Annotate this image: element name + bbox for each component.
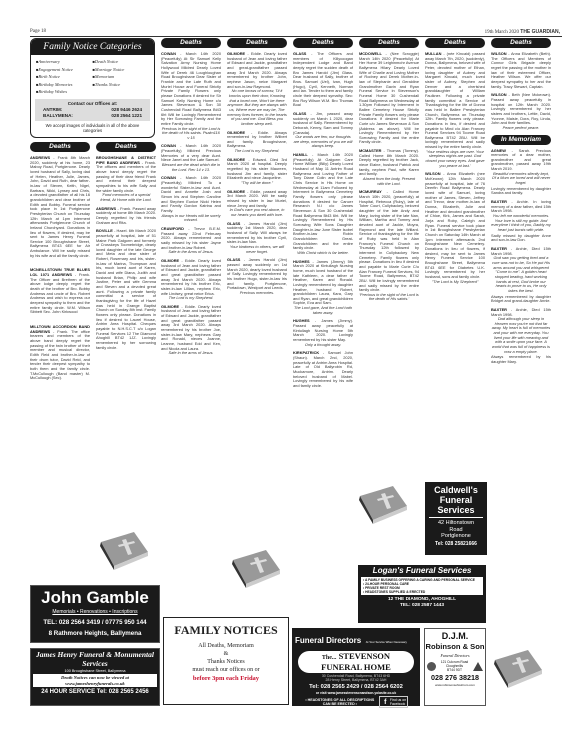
facebook-badge[interactable]: fFind us onFacebook: [379, 696, 408, 708]
stevenson-funeral-home: FUNERAL HOME: [298, 663, 414, 672]
djm-robinson-ad: D.J.M. Robinson & Son Funeral Directors …: [424, 628, 486, 706]
notice: MCMASTER - Thomas (Tommy). Called Home 8…: [359, 149, 419, 186]
gamble-tel: TEL: 028 2564 3419 / 07775 950 144: [31, 617, 159, 628]
djm-tel: 028 276 38218: [425, 673, 485, 683]
notice: BROUGHSHANE & DISTRICT PIPE BAND ANDREWS…: [96, 156, 156, 203]
category-thanks: Thanks Notice: [93, 81, 150, 89]
notice: GILMORE - Eddie, passed away 3rd March 2…: [227, 190, 287, 218]
association-logo-icon: [473, 662, 483, 671]
logans-ad: Logan's Funeral Services • A FAMILY BUSI…: [358, 565, 486, 623]
stevenson-headstones: • HEADSTONES OF ALL DESCRIPTIONS CAN BE …: [304, 698, 376, 707]
deaths-heading: Deaths: [161, 38, 221, 48]
memoriam-notice: BAXTER - Archie. In loving memory of a d…: [491, 200, 551, 243]
logan-services: • A FAMILY BUSINESS OFFERING A CARING AN…: [361, 577, 483, 595]
notice: WILSON - Anna Elizabeth (nee McKeown) 12…: [425, 172, 485, 284]
deaths-heading: Deaths: [30, 142, 90, 152]
djm-name2: Robinson & Son: [425, 642, 485, 652]
fn-deadline: before 3pm each Friday: [164, 674, 288, 683]
column-8: Deaths WILSON - Anna Elizabeth (Beth). T…: [491, 38, 551, 733]
notice: GILMORE - Eddie. Dearly loved husband of…: [161, 259, 221, 301]
bible-icon: [355, 484, 410, 524]
notice: GLASS - Jim, passed away suddenly on Mar…: [293, 112, 353, 149]
deaths-heading: Deaths: [425, 38, 485, 48]
caldwell-tel: Tel: 028 25821666: [425, 540, 487, 548]
notice: MILLTOWN ACCORDION BAND ANDREWS - Frank.…: [30, 325, 90, 381]
family-notices-deadline-box: FAMILY NOTICES All Deaths, Memoriam & Th…: [163, 617, 289, 705]
notice: GLASS - The Officers and members of Kill…: [293, 52, 353, 108]
deaths-heading: Deaths: [227, 38, 287, 48]
logan-service: • HEADSTONES SUPPLIED & ERECTED: [363, 590, 481, 594]
deaths-heading: Deaths: [359, 38, 419, 48]
caldwell-name3: Services: [429, 505, 483, 518]
notice: KIRKPATRICK - Samuel John (Shaun). March…: [293, 351, 353, 388]
fb-label: Facebook: [390, 702, 405, 706]
notice: COWAN - March 14th 2020 (Peacefully) At …: [161, 52, 221, 140]
office-name: BALLYMENA:: [43, 113, 73, 119]
stevenson-web: or visit www.jamesstevensonandson.yolasi…: [292, 691, 420, 696]
djm-addr3: BT44 9DT: [447, 668, 462, 672]
notice: GILMORE - Eddie. Always remembered by br…: [227, 131, 287, 154]
notice: GILMORE - Eddie. Dearly loved husband of…: [227, 52, 287, 127]
fn-line2: &: [164, 650, 288, 658]
caldwell-name2: Funeral: [425, 495, 487, 505]
notice: GILMORE - Eddie. Dearly loved husband of…: [161, 305, 221, 356]
category-memoriam: Memoriam: [93, 73, 150, 81]
notice: MCMURRAY - Called Home March 10th 2020, …: [359, 190, 419, 302]
memoriam-notice: AGNEW - Sarah. Precious memories of a de…: [491, 149, 551, 197]
notice: COWAN - March 14th 2020 (Peacefully) Mil…: [161, 176, 221, 223]
stevenson-tagline: At Your Service When Necessary: [366, 640, 407, 644]
gamble-services: Memorials • Renovations • Inscriptions: [31, 608, 159, 617]
caldwells-ad: Caldwell's Funeral Services 42 Hiltonsto…: [425, 482, 487, 555]
james-henry-ad: James Henry Funeral & Monumental Service…: [30, 648, 160, 706]
logan-name: Logan's Funeral Services: [358, 565, 486, 577]
notice: HUGHES - James (Jimmy). Passed away peac…: [293, 319, 353, 347]
header-rule: [30, 30, 562, 37]
memoriam-notice: BAXTER - Archie, Died 15th March 1998.Da…: [491, 308, 551, 365]
djm-web: www.robinsonsofculcrum.com: [425, 683, 485, 687]
deaths-heading: Deaths: [96, 142, 156, 152]
notice: MCDOWELL - (Nee Scroggie) March 14th 202…: [359, 52, 419, 145]
in-memoriam-heading: In Memoriam: [491, 135, 551, 145]
caldwell-name1: Caldwell's: [425, 485, 487, 495]
contact-offices: Contact our Offices at: ANTRIM:028 9446 …: [35, 99, 150, 121]
stevenson-label: Funeral Directors: [295, 636, 361, 645]
notice: HUGHES - James (Jimmy) 5th March 2020 at…: [293, 260, 353, 316]
jh-website-notice: Death Notices can now be viewed at www.j…: [33, 674, 157, 687]
family-notice-categories: Family Notice Categories Anniversary Dea…: [30, 38, 155, 138]
column-2: Deaths BROUGHSHANE & DISTRICT PIPE BAND …: [96, 142, 156, 733]
stevenson-name: STEVENSON: [339, 651, 391, 661]
memoriam-notice: BAXTER - Archie, Died 15th March 1998.Go…: [491, 247, 551, 304]
deaths-heading: Deaths: [491, 38, 551, 48]
bible-icon: [96, 530, 151, 570]
notice: ANDREWS - Frank 8th March 2020, suddenly…: [30, 156, 90, 258]
notice: GLASS - James Harold (Jim) suddenly 1st …: [227, 222, 287, 255]
stevenson-the: The...: [322, 655, 337, 661]
category-marriage: Marriage Notice: [93, 66, 150, 74]
notice: WILSON - Anna Elizabeth (Beth). The Offi…: [491, 52, 551, 89]
logan-tel: TEL: 028 2587 1443: [358, 603, 486, 609]
category-death-notice: Death Notice: [93, 58, 150, 66]
category-birthday-wishes: Birthday Wishes: [36, 88, 93, 96]
djm-subtitle: Funeral Directors: [425, 652, 485, 660]
deaths-heading: Deaths: [293, 38, 353, 48]
stevenson-logo: The... STEVENSON FUNERAL HOME: [298, 651, 414, 673]
jh-name: James Henry Funeral & Monumental Service…: [31, 649, 159, 668]
notice: GILMORE - Edward. Died 3rd March 2020 at…: [227, 158, 287, 186]
category-birthday-memories: Birthday Memories: [36, 81, 93, 89]
fn-line3: Thanks Notices: [164, 658, 288, 666]
category-engagement: Engagement Notice: [36, 66, 93, 74]
category-anniversary: Anniversary: [36, 58, 93, 66]
column-1: Deaths ANDREWS - Frank 8th March 2020, s…: [30, 142, 90, 733]
fn-line4: must reach our offices on or: [164, 666, 288, 674]
bible-icon: [490, 648, 545, 688]
john-gamble-ad: John Gamble Memorials • Renovations • In…: [30, 585, 160, 643]
family-notices-title: FAMILY NOTICES: [164, 621, 288, 639]
notice: BOVILLE - Hazel. 6th March 2020 peaceful…: [96, 229, 156, 350]
emblem-icon: [427, 662, 436, 671]
notice: COWAN - March 14th 2020 (Peacefully) Mil…: [161, 144, 221, 172]
categories-list: Anniversary Death Notice Engagement Noti…: [31, 55, 154, 99]
categories-title: Family Notice Categories: [31, 39, 154, 55]
office-phone: 028 2564 1221: [111, 113, 142, 119]
stevenson-funeral-home-ad: Funeral Directors At Your Service When N…: [292, 628, 420, 706]
images-note: We accept images of individuals in all o…: [31, 121, 154, 135]
notice: MULLAN - (née Kincaid) passed away March…: [425, 52, 485, 168]
notice: ANDREWS - Frank. Passed away suddenly at…: [96, 207, 156, 226]
notice: GLASS - James Harold (Jim) passed away s…: [227, 258, 287, 295]
gamble-address: 8 Rathmore Heights, Ballymena: [31, 628, 159, 639]
stevenson-tel: Tel: 028 2565 2429 / 028 2564 6202: [292, 683, 420, 691]
notice: HAMILL - March 14th 2020 (Peacefully) At…: [293, 153, 353, 255]
fn-line1: All Deaths, Memoriam: [164, 642, 288, 650]
gamble-name: John Gamble: [31, 588, 159, 608]
facebook-icon: f: [381, 699, 390, 706]
notice: CRAWFORD - Trevor B.E.M. Passed away 22n…: [161, 227, 221, 255]
bible-icon: [228, 548, 283, 588]
djm-name1: D.J.M.: [425, 631, 485, 642]
category-birth: Birth Notice: [36, 73, 93, 81]
jh-tel: 24 HOUR SERVICE Tel: 028 2565 2456: [31, 687, 159, 697]
notice: WILSON - Beth (Nee Mckeown). Passed away…: [491, 93, 551, 130]
notice: MCNEILLSTOWN TRUE BLUES LOL 1071 ANDREWS…: [30, 268, 90, 315]
